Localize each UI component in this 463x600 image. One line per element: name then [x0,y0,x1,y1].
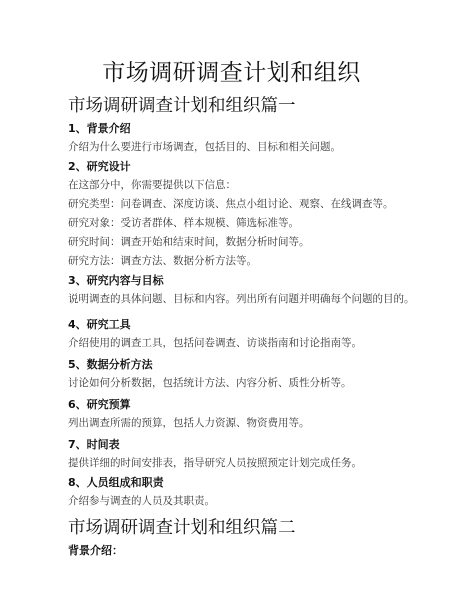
document-title: 市场调研调查计划和组织 [0,54,463,87]
section-heading: 2、研究设计 [68,158,131,174]
section-text: 提供详细的时间安排表，指导研究人员按照预定计划完成任务。 [68,455,362,470]
section-heading: 1、背景介绍 [68,120,131,136]
section-heading: 4、研究工具 [68,316,131,332]
section-text: 在这部分中，你需要提供以下信息： [68,177,236,192]
section-text: 研究方法：调查方法、数据分析方法等。 [68,253,257,268]
section-text: 讨论如何分析数据，包括统计方法、内容分析、质性分析等。 [68,375,352,390]
section-text: 列出调查所需的预算，包括人力资源、物资费用等。 [68,415,310,430]
document-page: 市场调研调查计划和组织 市场调研调查计划和组织篇一 1、背景介绍 介绍为什么要进… [0,0,463,600]
section-text: 说明调查的具体问题、目标和内容。列出所有问题并明确每个问题的目的。 [68,291,415,306]
section-text: 研究类型：问卷调查、深度访谈、焦点小组讨论、观察、在线调查等。 [68,196,394,211]
part2-heading: 市场调研调查计划和组织篇二 [68,514,296,539]
section-heading: 8、人员组成和职责 [68,474,164,490]
section-text: 介绍参与调查的人员及其职责。 [68,493,215,508]
section-heading: 5、数据分析方法 [68,356,153,372]
section-heading: 7、时间表 [68,436,120,452]
section-heading: 6、研究预算 [68,396,131,412]
section-text: 介绍为什么要进行市场调查，包括目的、目标和相关问题。 [68,139,341,154]
section-text: 研究对象：受访者群体、样本规模、筛选标准等。 [68,215,299,230]
section-text: 研究时间：调查开始和结束时间，数据分析时间等。 [68,234,310,249]
part2-subheading: 背景介绍： [68,542,123,558]
part1-heading: 市场调研调查计划和组织篇一 [68,92,296,117]
section-text: 介绍使用的调查工具，包括问卷调查、访谈指南和讨论指南等。 [68,335,362,350]
section-heading: 3、研究内容与目标 [68,272,164,288]
